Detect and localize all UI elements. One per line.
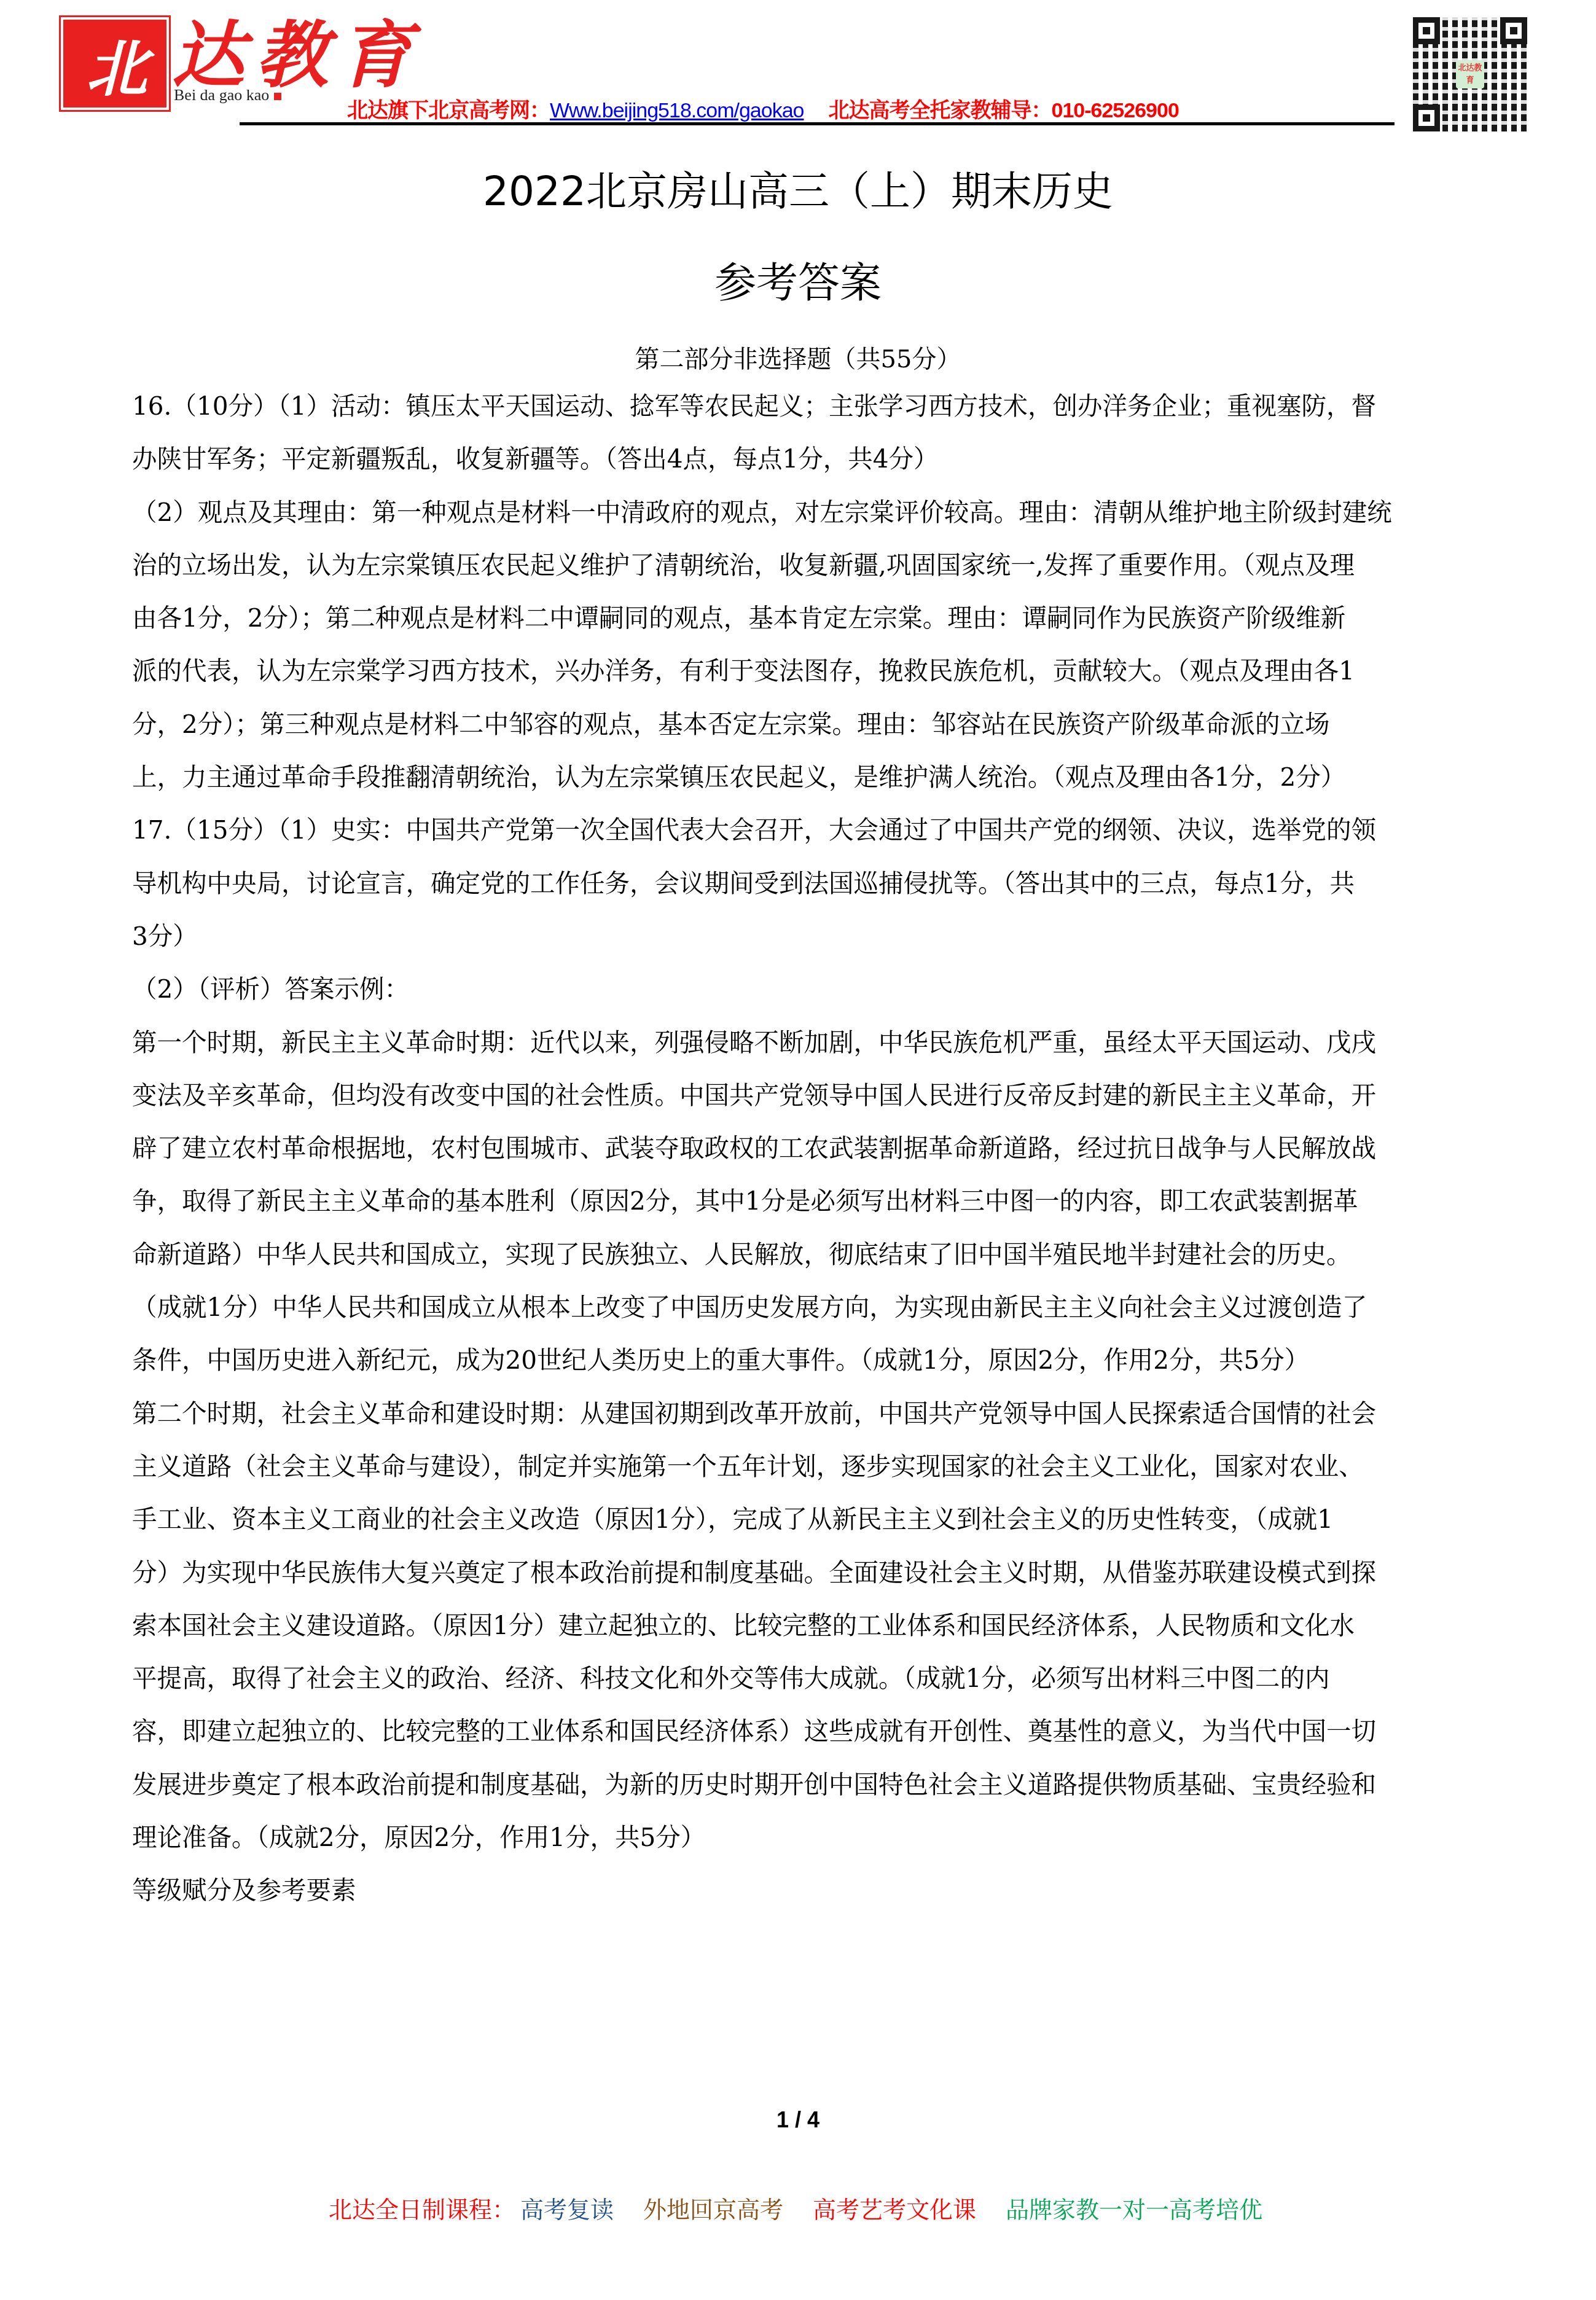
text-line: 3分） — [132, 910, 1490, 963]
text-line: （成就1分）中华人民共和国成立从根本上改变了中国历史发展方向，为实现由新民主主义… — [132, 1281, 1490, 1334]
courses-label: 北达全日制课程： — [329, 2196, 515, 2223]
text-line: 17.（15分）（1）史实：中国共产党第一次全国代表大会召开，大会通过了中国共产… — [132, 804, 1490, 856]
section-heading: 第二部分非选择题（共55分） — [0, 344, 1596, 375]
logo-seal: 北 — [63, 20, 166, 108]
document-title: 2022北京房山高三（上）期末历史 — [0, 167, 1596, 216]
site-label: 北达旗下北京高考网： — [347, 99, 550, 122]
footer-courses: 北达全日制课程：高考复读外地回京高考高考艺考文化课品牌家教一对一高考培优 — [0, 2191, 1596, 2224]
course-item: 外地回京高考 — [643, 2196, 783, 2223]
text-line: 派的代表，认为左宗棠学习西方技术，兴办洋务，有利于变法图存，挽救民族危机，贡献较… — [132, 644, 1490, 697]
course-item: 品牌家教一对一高考培优 — [1006, 2196, 1262, 2223]
document-subtitle: 参考答案 — [0, 259, 1596, 308]
text-line: （2）（评析）答案示例： — [132, 963, 1490, 1015]
text-line: 平提高，取得了社会主义的政治、经济、科技文化和外交等伟大成就。（成就1分，必须写… — [132, 1652, 1490, 1705]
text-line: 第二个时期，社会主义革命和建设时期：从建国初期到改革开放前，中国共产党领导中国人… — [132, 1387, 1490, 1440]
qr-finder-icon — [1413, 104, 1440, 131]
site-url-link[interactable]: Www.beijing518.com/gaokao — [550, 99, 804, 122]
logo-text: 达教育 — [172, 18, 423, 92]
text-line: 变法及辛亥革命，但均没有改变中国的社会性质。中国共产党领导中国人民进行反帝反封建… — [132, 1069, 1490, 1122]
course-item: 高考艺考文化课 — [813, 2196, 976, 2223]
text-line: 条件，中国历史进入新纪元，成为20世纪人类历史上的重大事件。（成就1分，原因2分… — [132, 1334, 1490, 1387]
text-line: （2）观点及其理由：第一种观点是材料一中清政府的观点，对左宗棠评价较高。理由：清… — [132, 486, 1490, 539]
qr-code-icon: 北达教育 — [1413, 17, 1527, 131]
text-line: 命新道路）中华人民共和国成立，实现了民族独立、人民解放，彻底结束了旧中国半殖民地… — [132, 1228, 1490, 1281]
qr-finder-icon — [1413, 17, 1440, 44]
text-line: 分，2分）；第三种观点是材料二中邹容的观点，基本否定左宗棠。理由：邹容站在民族资… — [132, 698, 1490, 751]
text-line: 容，即建立起独立的、比较完整的工业体系和国民经济体系）这些成就有开创性、奠基性的… — [132, 1705, 1490, 1758]
header-links: 北达旗下北京高考网：Www.beijing518.com/gaokao北达高考全… — [347, 93, 1179, 123]
text-line: 办陕甘军务；平定新疆叛乱，收复新疆等。（答出4点，每点1分，共4分） — [132, 432, 1490, 485]
text-line: 等级赋分及参考要素 — [132, 1864, 1490, 1917]
qr-center-logo: 北达教育 — [1456, 60, 1484, 88]
qr-finder-icon — [1500, 17, 1527, 44]
red-square-icon — [274, 93, 281, 100]
header-divider — [240, 122, 1395, 125]
tutoring-label: 北达高考全托家教辅导： — [828, 99, 1051, 122]
tutoring-phone: 010-62526900 — [1051, 99, 1178, 122]
text-line: 索本国社会主义建设道路。（原因1分）建立起独立的、比较完整的工业体系和国民经济体… — [132, 1599, 1490, 1652]
course-item: 高考复读 — [520, 2196, 614, 2223]
text-line: 治的立场出发，认为左宗棠镇压农民起义维护了清朝统治，收复新疆,巩固国家统一,发挥… — [132, 539, 1490, 592]
text-line: 理论准备。（成就2分，原因2分，作用1分，共5分） — [132, 1811, 1490, 1864]
text-line: 16.（10分）（1）活动：镇压太平天国运动、捻军等农民起义；主张学习西方技术，… — [132, 380, 1490, 432]
text-line: 分）为实现中华民族伟大复兴奠定了根本政治前提和制度基础。全面建设社会主义时期，从… — [132, 1546, 1490, 1599]
answer-body: 16.（10分）（1）活动：镇压太平天国运动、捻军等农民起义；主张学习西方技术，… — [132, 380, 1490, 1917]
text-line: 争，取得了新民主主义革命的基本胜利（原因2分，其中1分是必须写出材料三中图一的内… — [132, 1175, 1490, 1227]
logo-subtitle-text: Bei da gao kao — [174, 86, 269, 104]
text-line: 辟了建立农村革命根据地，农村包围城市、武装夺取政权的工农武装割据革命新道路，经过… — [132, 1122, 1490, 1175]
logo-seal-char: 北 — [86, 20, 144, 108]
text-line: 由各1分，2分）；第二种观点是材料二中谭嗣同的观点，基本肯定左宗棠。理由：谭嗣同… — [132, 592, 1490, 644]
text-line: 主义道路（社会主义革命与建设），制定并实施第一个五年计划，逐步实现国家的社会主义… — [132, 1440, 1490, 1493]
text-line: 第一个时期，新民主主义革命时期：近代以来，列强侵略不断加剧，中华民族危机严重，虽… — [132, 1016, 1490, 1069]
text-line: 手工业、资本主义工商业的社会主义改造（原因1分），完成了从新民主主义到社会主义的… — [132, 1493, 1490, 1546]
text-line: 导机构中央局，讨论宣言，确定党的工作任务，会议期间受到法国巡捕侵扰等。（答出其中… — [132, 857, 1490, 910]
page-number: 1 / 4 — [0, 2107, 1596, 2133]
text-line: 发展进步奠定了根本政治前提和制度基础，为新的历史时期开创中国特色社会主义道路提供… — [132, 1758, 1490, 1811]
logo-subtitle: Bei da gao kao — [174, 86, 281, 104]
text-line: 上，力主通过革命手段推翻清朝统治，认为左宗棠镇压农民起义，是维护满人统治。（观点… — [132, 751, 1490, 804]
